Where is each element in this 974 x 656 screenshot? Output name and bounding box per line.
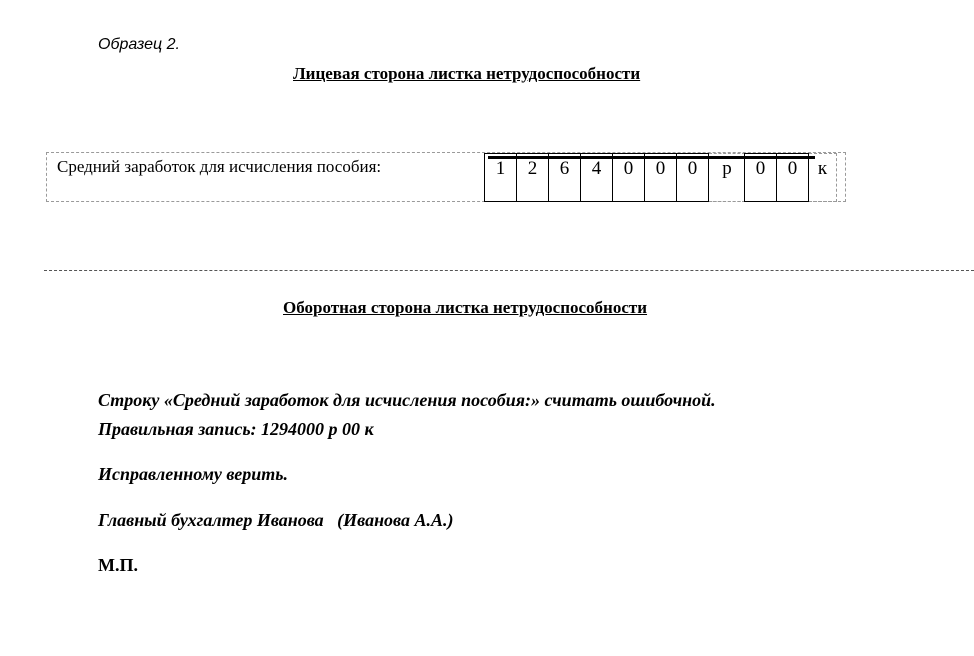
digit-cell: 1 [484,153,517,202]
strikethrough-line [488,156,815,159]
earnings-digit-cells: 1 2 6 4 0 0 0 р 0 0 к [484,153,837,203]
correct-entry: Правильная запись: 1294000 р 00 к [98,419,374,440]
earnings-field-label: Средний заработок для исчисления пособия… [57,157,381,177]
rubles-unit: р [709,153,745,202]
sample-caption: Образец 2. [98,36,180,54]
back-side-heading: Оборотная сторона листка нетрудоспособно… [283,298,647,318]
digit-cell: 4 [580,153,613,202]
digit-cell: 0 [644,153,677,202]
seal-placeholder: М.П. [98,555,138,576]
cut-line-divider [44,270,974,271]
correction-statement: Строку «Средний заработок для исчисления… [98,390,716,411]
accountant-signature: Главный бухгалтер Иванова (Иванова А.А.) [98,510,453,531]
front-side-heading: Лицевая сторона листка нетрудоспособност… [293,64,640,84]
digit-cell: 0 [676,153,709,202]
certification-text: Исправленному верить. [98,464,288,485]
digit-cell: 0 [776,153,809,202]
digit-cell: 0 [612,153,645,202]
digit-cell: 6 [548,153,581,202]
kopecks-unit: к [809,153,837,202]
digit-cell: 2 [516,153,549,202]
digit-cell: 0 [744,153,777,202]
